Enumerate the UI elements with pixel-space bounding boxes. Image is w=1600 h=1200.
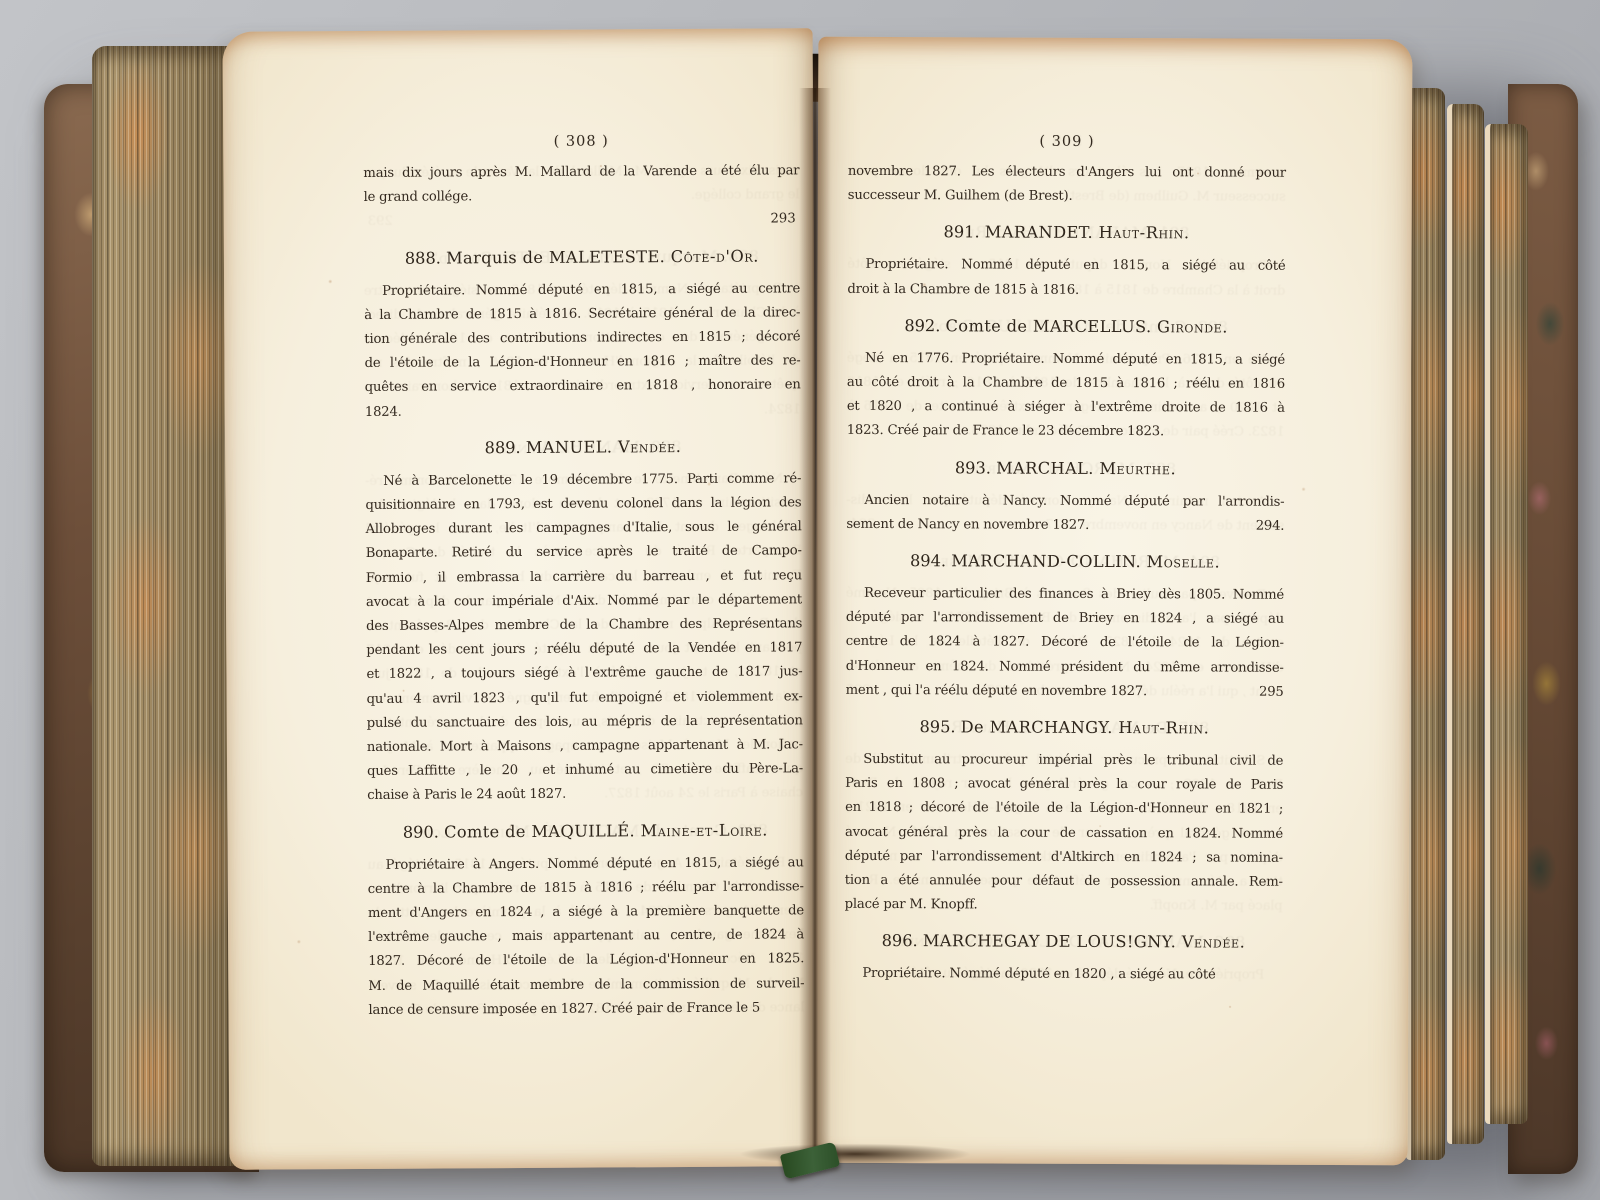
text-line: 1824.	[365, 398, 801, 425]
text-line: des Basses-Alpes membre de la Chambre de…	[366, 612, 802, 639]
entry-number: 894.	[910, 551, 951, 570]
entry-paragraph: mais dix jours après M. Mallard de la Va…	[363, 159, 799, 234]
text-line: quêtes en service extraordinaire en 1818…	[365, 374, 801, 401]
text-line: avocat général près la cour de cassation…	[845, 820, 1283, 846]
photo-background: { "colors": { "background": "#b4b6ba", "…	[0, 0, 1600, 1200]
entry-department: Moselle.	[1147, 552, 1221, 571]
entry-name: Marquis de MALETESTE.	[446, 247, 671, 267]
text-line: novembre 1827. Les électeurs d'Angers lu…	[848, 160, 1286, 186]
entry-paragraph: Substitut au procureur impérial près le …	[845, 748, 1284, 919]
entry-number: 890.	[403, 822, 444, 841]
entry-number: 891.	[944, 223, 985, 242]
text-line: centre de 1824 à 1827. Décoré de l'étoil…	[846, 630, 1284, 656]
text-line: successeur M. Guilhem (de Brest).	[848, 184, 1286, 210]
entry-paragraph: Receveur particulier des finances à Brie…	[846, 582, 1285, 705]
text-line: Né à Barcelonette le 19 décembre 1775. P…	[365, 467, 801, 494]
text-line: tion générale des contributions indirect…	[364, 325, 800, 352]
text-line: ment , qui l'a réélu député en novembre …	[846, 679, 1284, 705]
text-line: ment d'Angers en 1824 , a siégé à la pre…	[368, 899, 804, 926]
page-number: ( 308 )	[363, 128, 799, 155]
entry-number: 896.	[882, 931, 923, 950]
entry-number: 892.	[904, 316, 945, 335]
entry-paragraph: Propriétaire. Nommé député en 1815, a si…	[847, 253, 1285, 303]
text-line: et 1822 , a toujours siégé à l'extrême g…	[366, 661, 802, 688]
entry-department: Gironde.	[1157, 317, 1228, 336]
text-line: Propriétaire. Nommé député en 1820 , a s…	[844, 962, 1282, 988]
margin-number: 294.	[1256, 514, 1285, 538]
text-line: député par l'arrondissement d'Altkirch e…	[845, 845, 1283, 871]
right-page-text: ( 309 ) novembre 1827. Les électeurs d'A…	[844, 129, 1286, 991]
text-line: mais dix jours après M. Mallard de la Va…	[363, 159, 799, 186]
entry-heading: 888. Marquis de MALETESTE. Côte-d'Or.	[364, 243, 800, 271]
text-line: chaise à Paris le 24 août 1827.	[367, 782, 803, 809]
entry-name: MARCHEGAY DE LOUS!GNY.	[923, 932, 1182, 952]
text-line: et 1820 , a continué à siéger à l'extrêm…	[847, 395, 1285, 421]
entry-number: 893.	[955, 458, 996, 477]
text-line: Substitut au procureur impérial près le …	[845, 748, 1283, 774]
right-page: ( 309 ) novembre 1827. Les électeurs d'A…	[814, 37, 1413, 1166]
entry-name: MANUEL.	[526, 437, 618, 457]
entry-name: MARANDET.	[985, 223, 1099, 242]
text-line: Propriétaire à Angers. Nommé député en 1…	[368, 851, 804, 878]
text-line: le grand collége.	[363, 183, 799, 210]
entry-department: Côte-d'Or.	[671, 246, 759, 266]
text-line: placé par M. Knopff.	[845, 893, 1283, 919]
entry-heading: 893. MARCHAL. Meurthe.	[847, 454, 1285, 481]
entry-name: Comte de MAQUILLÉ.	[444, 821, 641, 841]
right-page-edge-section	[1406, 88, 1445, 1160]
entry-paragraph: Propriétaire. Nommé député en 1820 , a s…	[844, 962, 1282, 988]
text-line: pendant les cent jours ; réélu député de…	[366, 637, 802, 664]
entry-paragraph: Né en 1776. Propriétaire. Nommé député e…	[847, 347, 1285, 446]
entry-paragraph: novembre 1827. Les électeurs d'Angers lu…	[848, 160, 1286, 210]
right-page-entries: novembre 1827. Les électeurs d'Angers lu…	[844, 160, 1286, 989]
text-line: qu'au 4 avril 1823 , qu'il fut empoigné …	[367, 685, 803, 712]
left-page: ( 308 ) mais dix jours après M. Mallard …	[223, 28, 820, 1170]
text-line: Propriétaire. Nommé député en 1815, a si…	[364, 277, 800, 304]
entry-heading: 891. MARANDET. Haut-Rhin.	[848, 219, 1286, 246]
text-line-text: sement de Nancy en novembre 1827.	[846, 513, 1089, 538]
text-line: Paris en 1808 ; avocat général près la c…	[845, 772, 1283, 798]
text-line: au côté droit à la Chambre de 1815 à 181…	[847, 371, 1285, 397]
entry-department: Haut-Rhin.	[1099, 223, 1190, 242]
entry-heading: 894. MARCHAND-COLLIN. Moselle.	[846, 548, 1284, 575]
text-line: pulsé du sanctuaire des lois, au mépris …	[367, 709, 803, 736]
text-line: Allobroges durant les campagnes d'Italie…	[366, 516, 802, 543]
text-line-text: ment , qui l'a réélu député en novembre …	[846, 679, 1147, 705]
entry-heading: 895. De MARCHANGY. Haut-Rhin.	[845, 714, 1283, 741]
entry-department: Vendée.	[1182, 933, 1246, 952]
margin-number: 293	[364, 208, 800, 235]
entry-number: 888.	[405, 248, 446, 267]
entry-department: Meurthe.	[1099, 459, 1176, 478]
entry-department: Haut-Rhin.	[1118, 718, 1209, 737]
text-line: M. de Maquillé était membre de la commis…	[368, 972, 804, 999]
text-line: nationale. Mort à Maisons , campagne app…	[367, 733, 803, 760]
gutter-bottom-shadow	[690, 1142, 1020, 1172]
text-line: d'Honneur en 1824. Nommé président du mê…	[846, 654, 1284, 680]
text-line: député par l'arrondissement de Briey en …	[846, 606, 1284, 632]
left-page-text: ( 308 ) mais dix jours après M. Mallard …	[363, 128, 804, 1025]
gutter-shadow	[799, 88, 831, 1156]
text-line: sement de Nancy en novembre 1827.294.	[846, 513, 1284, 539]
text-line: Formio , il embrassa la carrière du barr…	[366, 564, 802, 591]
entry-name: De MARCHANGY.	[961, 717, 1119, 737]
entry-department: Maine-et-Loire.	[641, 820, 769, 840]
left-page-entries: mais dix jours après M. Mallard de la Va…	[363, 159, 804, 1023]
right-page-edge-section	[1447, 104, 1484, 1144]
text-line: tion a été annulée pour défaut de posses…	[845, 869, 1283, 895]
text-line: Bonaparte. Retiré du service après le tr…	[366, 540, 802, 567]
entry-number: 889.	[485, 438, 526, 457]
entry-heading: 896. MARCHEGAY DE LOUS!GNY. Vendée.	[844, 928, 1282, 955]
entry-name: MARCHAL.	[996, 458, 1099, 477]
entry-department: Vendée.	[618, 437, 682, 456]
entry-paragraph: Ancien notaire à Nancy. Nommé député par…	[846, 488, 1284, 538]
entry-name: MARCHAND-COLLIN.	[951, 551, 1146, 571]
text-line: Receveur particulier des finances à Brie…	[846, 582, 1284, 608]
text-line: centre à la Chambre de 1815 à 1816 ; réé…	[368, 875, 804, 902]
entry-paragraph: Né à Barcelonette le 19 décembre 1775. P…	[365, 467, 803, 809]
entry-number: 895.	[919, 717, 960, 736]
book-photo: ( 308 ) mais dix jours après M. Mallard …	[0, 0, 1600, 1200]
entry-heading: 889. MANUEL. Vendée.	[365, 433, 801, 461]
text-line: droit à la Chambre de 1815 à 1816.	[847, 277, 1285, 303]
text-line: 1827. Décoré de l'étoile de la Légion-d'…	[368, 948, 804, 975]
text-line: à la Chambre de 1815 à 1816. Secrétaire …	[364, 301, 800, 328]
text-line: ques Laffitte , le 20 , et inhumé au cim…	[367, 758, 803, 785]
text-line: avocat à la cour impériale d'Aix. Nommé …	[366, 588, 802, 615]
text-line: de l'étoile de la Légion-d'Honneur en 18…	[364, 350, 800, 377]
entry-paragraph: Propriétaire. Nommé député en 1815, a si…	[364, 277, 801, 425]
text-line: lance de censure imposée en 1827. Créé p…	[368, 996, 804, 1023]
text-line: 1823. Créé pair de France le 23 décembre…	[847, 419, 1285, 445]
text-line: quisitionnaire en 1793, est devenu colon…	[365, 491, 801, 518]
page-number: ( 309 )	[848, 129, 1286, 155]
entry-heading: 892. Comte de MARCELLUS. Gironde.	[847, 313, 1285, 340]
entry-name: Comte de MARCELLUS.	[946, 316, 1158, 336]
text-line: Ancien notaire à Nancy. Nommé député par…	[846, 488, 1284, 514]
right-page-edge-section	[1485, 124, 1528, 1124]
text-line: Propriétaire. Nommé député en 1815, a si…	[847, 253, 1285, 279]
entry-paragraph: Propriétaire à Angers. Nommé député en 1…	[368, 851, 805, 1023]
text-line: l'extrême gauche , mais appartenant au c…	[368, 924, 804, 951]
text-line: Né en 1776. Propriétaire. Nommé député e…	[847, 347, 1285, 373]
text-line: en 1818 ; décoré de l'étoile de la Légio…	[845, 796, 1283, 822]
entry-heading: 890. Comte de MAQUILLÉ. Maine-et-Loire.	[367, 817, 803, 845]
margin-number: 295	[1259, 680, 1284, 704]
right-page-edges	[1406, 84, 1526, 1168]
